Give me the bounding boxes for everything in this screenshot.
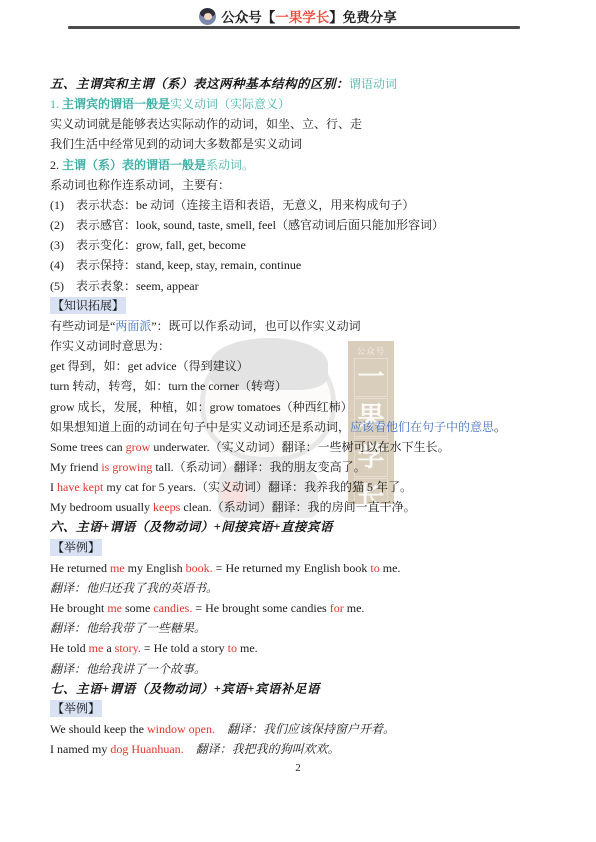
text-line: 1. 主谓宾的谓语一般是实义动词（实际意义） bbox=[50, 94, 550, 114]
text-segment: 1. bbox=[50, 97, 62, 111]
text-line: 翻译：他给我讲了一个故事。 bbox=[50, 659, 550, 679]
text-line: (1) 表示状态：be 动词（连接主语和表语，无意义，用来构成句子） bbox=[50, 195, 550, 215]
text-segment: me bbox=[89, 641, 104, 655]
text-line: He told me a story. = He told a story to… bbox=[50, 638, 550, 658]
text-line: 翻译：他给我带了一些糖果。 bbox=[50, 618, 550, 638]
content-lines: 五、主谓宾和主谓（系）表这两种基本结构的区别：谓语动词1. 主谓宾的谓语一般是实… bbox=[50, 74, 550, 759]
text-line: 2. 主谓（系）表的谓语一般是系动词。 bbox=[50, 155, 550, 175]
text-segment: have kept bbox=[57, 480, 103, 494]
text-segment: 翻译：他给我讲了一个故事。 bbox=[50, 662, 206, 676]
text-segment: Some trees can bbox=[50, 440, 126, 454]
text-segment: grow 成长，发展，种植，如：grow tomatoes（种西红柿） bbox=[50, 400, 353, 414]
text-segment: 谓语动词 bbox=[349, 77, 397, 91]
text-segment: is growing bbox=[101, 460, 152, 474]
text-segment: 翻译：我把我的狗叫欢欢。 bbox=[196, 742, 340, 756]
text-segment: 翻译：他归还我了我的英语书。 bbox=[50, 581, 218, 595]
text-segment: 六、主语+谓语（及物动词）+间接宾语+直接宾语 bbox=[50, 520, 333, 534]
text-line: 翻译：他归还我了我的英语书。 bbox=[50, 578, 550, 598]
text-segment: My friend bbox=[50, 460, 101, 474]
text-segment: my cat for 5 years.（实义动词）翻译：我养我的猫 5 年了。 bbox=[103, 480, 412, 494]
text-line: (2) 表示感官：look, sound, taste, smell, feel… bbox=[50, 215, 550, 235]
text-segment: me. bbox=[344, 601, 365, 615]
text-segment: 实义动词（实际意义） bbox=[170, 97, 290, 111]
text-line: My bedroom usually keeps clean.（系动词）翻译：我… bbox=[50, 497, 550, 517]
text-segment: dog Huanhuan. bbox=[110, 742, 183, 756]
page-header: 公众号【一果学长】免费分享 bbox=[0, 6, 596, 26]
text-segment: 应该看他们在句子中的意思 bbox=[350, 420, 494, 434]
text-line: 【举例】 bbox=[50, 699, 550, 719]
text-line: I have kept my cat for 5 years.（实义动词）翻译：… bbox=[50, 477, 550, 497]
text-line: turn 转动，转弯，如：turn the corner（转弯） bbox=[50, 376, 550, 396]
text-segment: 五、主谓宾和主谓（系）表这两种基本结构的区别： bbox=[50, 77, 349, 91]
text-segment: 。 bbox=[494, 420, 506, 434]
text-segment: turn 转动，转弯，如：turn the corner（转弯） bbox=[50, 379, 287, 393]
text-line: 有些动词是“两面派”：既可以作系动词，也可以作实义动词 bbox=[50, 316, 550, 336]
text-line: 七、主语+谓语（及物动词）+宾语+宾语补足语 bbox=[50, 679, 550, 699]
text-segment: 2. bbox=[50, 158, 62, 172]
page-number: 2 bbox=[0, 762, 596, 774]
text-segment: a bbox=[103, 641, 114, 655]
text-segment: 翻译：他给我带了一些糖果。 bbox=[50, 621, 206, 635]
text-segment: me bbox=[110, 561, 125, 575]
text-line: (5) 表示表象：seem, appear bbox=[50, 276, 550, 296]
text-segment bbox=[215, 722, 227, 736]
brand-name: 一果学长 bbox=[275, 10, 329, 25]
text-line: 六、主语+谓语（及物动词）+间接宾语+直接宾语 bbox=[50, 517, 550, 537]
text-segment: clean.（系动词）翻译：我的房间一直干净。 bbox=[180, 500, 415, 514]
text-segment: 【知识拓展】 bbox=[50, 297, 126, 314]
text-segment: We should keep the bbox=[50, 722, 147, 736]
text-segment: 作实义动词时意思为： bbox=[50, 339, 170, 353]
text-segment: I named my bbox=[50, 742, 110, 756]
text-line: 五、主谓宾和主谓（系）表这两种基本结构的区别：谓语动词 bbox=[50, 74, 550, 94]
brand-prefix: 公众号【 bbox=[221, 10, 275, 25]
text-segment: window open. bbox=[147, 722, 215, 736]
text-segment: (5) 表示表象：seem, appear bbox=[50, 279, 199, 293]
text-line: He brought me some candies. = He brought… bbox=[50, 598, 550, 618]
text-segment: keeps bbox=[153, 500, 180, 514]
text-segment: my English bbox=[125, 561, 186, 575]
text-segment: candies. bbox=[153, 601, 192, 615]
text-segment: He returned bbox=[50, 561, 110, 575]
text-line: 我们生活中经常见到的动词大多数都是实义动词 bbox=[50, 134, 550, 154]
text-segment: 主谓（系）表的谓语一般是 bbox=[62, 158, 206, 172]
text-segment: He told bbox=[50, 641, 89, 655]
text-line: grow 成长，发展，种植，如：grow tomatoes（种西红柿） bbox=[50, 397, 550, 417]
text-line: (4) 表示保持：stand, keep, stay, remain, cont… bbox=[50, 255, 550, 275]
text-segment: 系动词。 bbox=[206, 158, 254, 172]
text-segment: = He told a story bbox=[141, 641, 228, 655]
text-segment: book. bbox=[186, 561, 213, 575]
text-line: 如果想知道上面的动词在句子中是实义动词还是系动词，应该看他们在句子中的意思。 bbox=[50, 417, 550, 437]
text-segment: me. bbox=[237, 641, 258, 655]
text-segment: (2) 表示感官：look, sound, taste, smell, feel… bbox=[50, 218, 444, 232]
text-segment: 【举例】 bbox=[50, 539, 102, 556]
text-line: 作实义动词时意思为： bbox=[50, 336, 550, 356]
text-segment: 如果想知道上面的动词在句子中是实义动词还是系动词， bbox=[50, 420, 350, 434]
text-line: 实义动词就是能够表达实际动作的动词，如坐、立、行、走 bbox=[50, 114, 550, 134]
text-segment: 主谓宾的谓语一般是 bbox=[62, 97, 170, 111]
text-segment: 七、主语+谓语（及物动词）+宾语+宾语补足语 bbox=[50, 682, 320, 696]
text-segment: underwater.（实义动词）翻译：一些树可以在水下生长。 bbox=[150, 440, 449, 454]
text-segment: for bbox=[330, 601, 344, 615]
text-segment: 两面派 bbox=[115, 319, 151, 333]
text-line: 【举例】 bbox=[50, 538, 550, 558]
text-segment: = He brought some candies bbox=[192, 601, 329, 615]
text-segment: = He returned my English book bbox=[213, 561, 371, 575]
text-segment bbox=[184, 742, 196, 756]
brand-suffix: 】免费分享 bbox=[329, 10, 397, 25]
text-segment: He brought bbox=[50, 601, 107, 615]
text-segment: (3) 表示变化：grow, fall, get, become bbox=[50, 238, 246, 252]
text-segment: 翻译：我们应该保持窗户开着。 bbox=[227, 722, 395, 736]
text-segment: tall.（系动词）翻译：我的朋友变高了。 bbox=[152, 460, 365, 474]
text-line: 系动词也称作连系动词，主要有： bbox=[50, 175, 550, 195]
text-segment: (4) 表示保持：stand, keep, stay, remain, cont… bbox=[50, 258, 301, 272]
text-segment: get 得到，如：get advice（得到建议） bbox=[50, 359, 249, 373]
text-line: My friend is growing tall.（系动词）翻译：我的朋友变高… bbox=[50, 457, 550, 477]
brand-avatar-icon bbox=[199, 8, 216, 25]
header-title: 公众号【一果学长】免费分享 bbox=[221, 6, 397, 26]
text-segment: 系动词也称作连系动词，主要有： bbox=[50, 178, 230, 192]
text-segment: me. bbox=[380, 561, 401, 575]
text-segment: 有些动词是“ bbox=[50, 319, 115, 333]
text-segment: me bbox=[107, 601, 122, 615]
text-line: 【知识拓展】 bbox=[50, 296, 550, 316]
text-line: Some trees can grow underwater.（实义动词）翻译：… bbox=[50, 437, 550, 457]
text-line: He returned me my English book. = He ret… bbox=[50, 558, 550, 578]
text-line: (3) 表示变化：grow, fall, get, become bbox=[50, 235, 550, 255]
text-segment: ”：既可以作系动词，也可以作实义动词 bbox=[151, 319, 360, 333]
text-line: get 得到，如：get advice（得到建议） bbox=[50, 356, 550, 376]
text-segment: I bbox=[50, 480, 57, 494]
text-segment: (1) 表示状态：be 动词（连接主语和表语，无意义，用来构成句子） bbox=[50, 198, 414, 212]
text-segment: grow bbox=[126, 440, 151, 454]
text-segment: 【举例】 bbox=[50, 700, 102, 717]
text-segment: My bedroom usually bbox=[50, 500, 153, 514]
text-line: I named my dog Huanhuan. 翻译：我把我的狗叫欢欢。 bbox=[50, 739, 550, 759]
text-segment: to bbox=[228, 641, 237, 655]
document-page: 公众号【一果学长】免费分享 公众号 一果学长 五、主谓宾和主谓（系）表这两种基本… bbox=[0, 0, 596, 842]
text-segment: to bbox=[370, 561, 379, 575]
text-segment: 实义动词就是能够表达实际动作的动词，如坐、立、行、走 bbox=[50, 117, 362, 131]
header-divider bbox=[68, 26, 520, 29]
text-segment: some bbox=[122, 601, 153, 615]
text-line: We should keep the window open. 翻译：我们应该保… bbox=[50, 719, 550, 739]
text-segment: story. bbox=[115, 641, 141, 655]
text-segment: 我们生活中经常见到的动词大多数都是实义动词 bbox=[50, 137, 302, 151]
